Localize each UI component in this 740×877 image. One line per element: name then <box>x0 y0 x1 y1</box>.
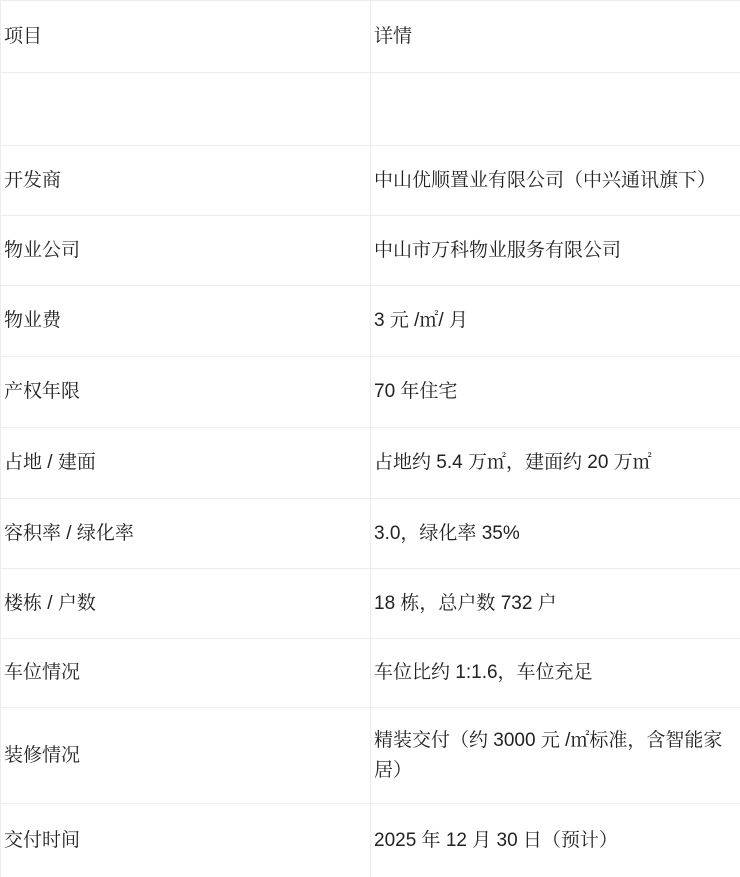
row-label: 装修情况 <box>1 708 371 804</box>
row-value: 3 元 /㎡/ 月 <box>371 286 740 357</box>
row-label: 物业公司 <box>1 216 371 286</box>
row-label: 交付时间 <box>1 804 371 877</box>
row-label: 物业费 <box>1 286 371 357</box>
row-value: 车位比约 1:1.6，车位充足 <box>371 639 740 708</box>
project-details-table: 项目 详情 开发商 中山优顺置业有限公司（中兴通讯旗下） 物业公司 中山市万科物… <box>0 0 740 877</box>
table-row-parking: 车位情况 车位比约 1:1.6，车位充足 <box>1 639 740 708</box>
header-cell-detail: 详情 <box>371 1 740 73</box>
table-row-decoration: 装修情况 精装交付（约 3000 元 /㎡标准，含智能家居） <box>1 708 740 804</box>
table-row-property-fee: 物业费 3 元 /㎡/ 月 <box>1 286 740 357</box>
row-value: 18 栋，总户数 732 户 <box>371 569 740 639</box>
row-value: 70 年住宅 <box>371 357 740 428</box>
row-label: 楼栋 / 户数 <box>1 569 371 639</box>
header-row: 项目 详情 <box>1 1 740 73</box>
table-row-empty <box>1 73 740 146</box>
row-label: 车位情况 <box>1 639 371 708</box>
row-label: 占地 / 建面 <box>1 428 371 499</box>
row-value <box>371 73 740 146</box>
row-label: 开发商 <box>1 146 371 216</box>
table-row-tenure: 产权年限 70 年住宅 <box>1 357 740 428</box>
table-row-property-company: 物业公司 中山市万科物业服务有限公司 <box>1 216 740 286</box>
row-value: 3.0，绿化率 35% <box>371 499 740 569</box>
row-label: 产权年限 <box>1 357 371 428</box>
row-value: 精装交付（约 3000 元 /㎡标准，含智能家居） <box>371 708 740 804</box>
header-cell-item: 项目 <box>1 1 371 73</box>
table-row-developer: 开发商 中山优顺置业有限公司（中兴通讯旗下） <box>1 146 740 216</box>
row-value: 占地约 5.4 万㎡，建面约 20 万㎡ <box>371 428 740 499</box>
row-value: 中山优顺置业有限公司（中兴通讯旗下） <box>371 146 740 216</box>
page: 项目 详情 开发商 中山优顺置业有限公司（中兴通讯旗下） 物业公司 中山市万科物… <box>0 0 740 877</box>
table-row-buildings: 楼栋 / 户数 18 栋，总户数 732 户 <box>1 569 740 639</box>
row-value: 中山市万科物业服务有限公司 <box>371 216 740 286</box>
table-row-area: 占地 / 建面 占地约 5.4 万㎡，建面约 20 万㎡ <box>1 428 740 499</box>
row-value: 2025 年 12 月 30 日（预计） <box>371 804 740 877</box>
table-row-delivery-date: 交付时间 2025 年 12 月 30 日（预计） <box>1 804 740 877</box>
table-row-plot-ratio: 容积率 / 绿化率 3.0，绿化率 35% <box>1 499 740 569</box>
row-label: 容积率 / 绿化率 <box>1 499 371 569</box>
row-label <box>1 73 371 146</box>
